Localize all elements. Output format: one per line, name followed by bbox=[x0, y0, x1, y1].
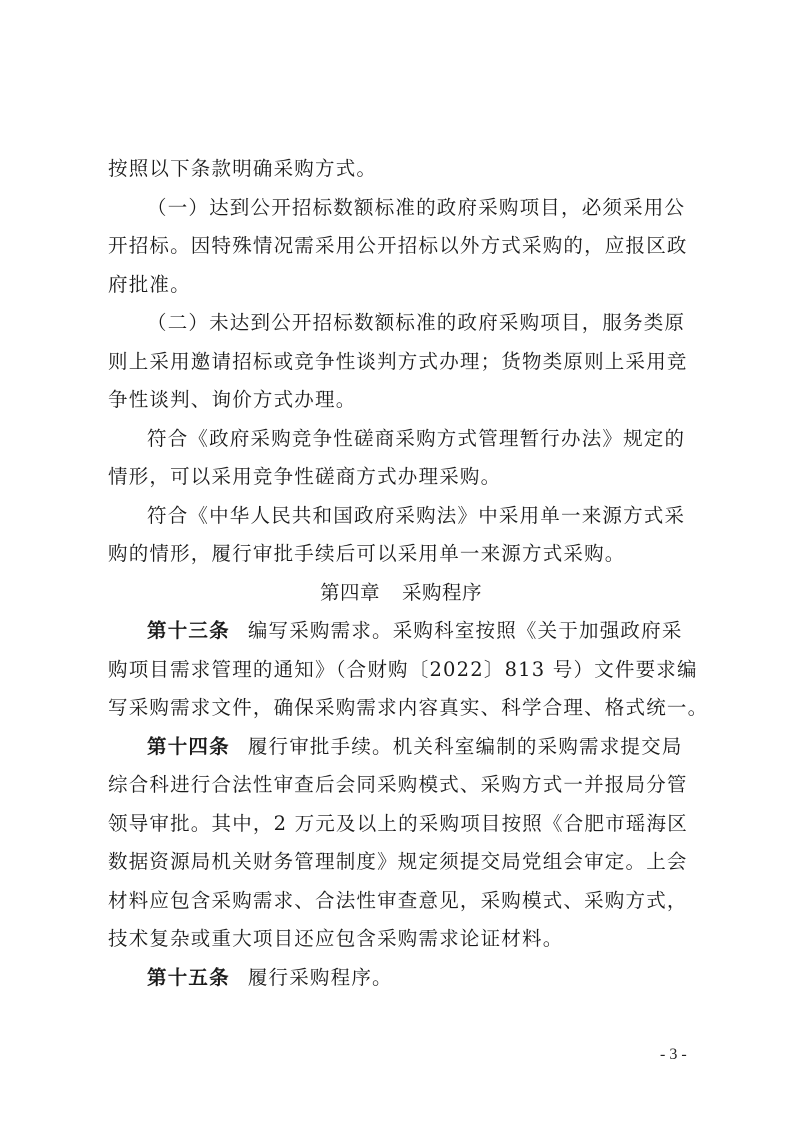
article-label: 第十三条 bbox=[147, 619, 230, 642]
paragraph-item-1: （一）达到公开招标数额标准的政府采购项目，必须采用公 开招标。因特殊情况需采用公… bbox=[108, 189, 694, 305]
page-number: - 3 - bbox=[660, 1046, 687, 1064]
paragraph-line: 争性谈判、询价方式办理。 bbox=[108, 381, 694, 420]
paragraph-line: 情形，可以采用竞争性磋商方式办理采购。 bbox=[108, 458, 694, 497]
paragraph-line: 开招标。因特殊情况需采用公开招标以外方式采购的，应报区政 bbox=[108, 227, 694, 266]
paragraph-item-2: （二）未达到公开招标数额标准的政府采购项目，服务类原 则上采用邀请招标或竞争性谈… bbox=[108, 304, 694, 420]
paragraph-line: 领导审批。其中，2 万元及以上的采购项目按照《合肥市瑶海区 bbox=[108, 805, 694, 844]
article-label: 第十五条 bbox=[147, 966, 230, 989]
paragraph-line: 购项目需求管理的通知》（合财购〔2022〕813 号）文件要求编 bbox=[108, 651, 694, 690]
paragraph-line: 购的情形，履行审批手续后可以采用单一来源方式采购。 bbox=[108, 535, 694, 574]
paragraph-line: 材料应包含采购需求、合法性审查意见，采购模式、采购方式， bbox=[108, 882, 694, 921]
paragraph-line: 按照以下条款明确采购方式。 bbox=[108, 150, 694, 189]
paragraph-line: （二）未达到公开招标数额标准的政府采购项目，服务类原 bbox=[108, 304, 694, 343]
paragraph-single-source: 符合《中华人民共和国政府采购法》中采用单一来源方式采 购的情形，履行审批手续后可… bbox=[108, 497, 694, 574]
paragraph-line: 符合《政府采购竞争性磋商采购方式管理暂行办法》规定的 bbox=[108, 420, 694, 459]
article-14: 第十四条履行审批手续。机关科室编制的采购需求提交局 综合科进行合法性审查后会同采… bbox=[108, 728, 694, 959]
paragraph-line: （一）达到公开招标数额标准的政府采购项目，必须采用公 bbox=[108, 189, 694, 228]
paragraph-line: 综合科进行合法性审查后会同采购模式、采购方式一并报局分管 bbox=[108, 766, 694, 805]
chapter-heading: 第四章采购程序 bbox=[108, 574, 694, 613]
chapter-number: 第四章 bbox=[320, 581, 380, 604]
document-body: 按照以下条款明确采购方式。 （一）达到公开招标数额标准的政府采购项目，必须采用公… bbox=[108, 150, 694, 997]
article-13: 第十三条编写采购需求。采购科室按照《关于加强政府采 购项目需求管理的通知》（合财… bbox=[108, 612, 694, 728]
paragraph-consultation: 符合《政府采购竞争性磋商采购方式管理暂行办法》规定的 情形，可以采用竞争性磋商方… bbox=[108, 420, 694, 497]
chapter-title: 采购程序 bbox=[402, 581, 482, 604]
document-page: 按照以下条款明确采购方式。 （一）达到公开招标数额标准的政府采购项目，必须采用公… bbox=[0, 0, 793, 1122]
paragraph-line: 写采购需求文件，确保采购需求内容真实、科学合理、格式统一。 bbox=[108, 689, 694, 728]
article-text: 履行审批手续。机关科室编制的采购需求提交局 bbox=[248, 735, 683, 758]
article-text: 编写采购需求。采购科室按照《关于加强政府采 bbox=[248, 619, 683, 642]
paragraph-line: 技术复杂或重大项目还应包含采购需求论证材料。 bbox=[108, 920, 694, 959]
article-15: 第十五条履行采购程序。 bbox=[108, 959, 694, 998]
paragraph-line: 府批准。 bbox=[108, 266, 694, 305]
article-text: 履行采购程序。 bbox=[248, 966, 393, 989]
paragraph-line: 数据资源局机关财务管理制度》规定须提交局党组会审定。上会 bbox=[108, 843, 694, 882]
paragraph-line: 则上采用邀请招标或竞争性谈判方式办理；货物类原则上采用竞 bbox=[108, 343, 694, 382]
paragraph-line: 符合《中华人民共和国政府采购法》中采用单一来源方式采 bbox=[108, 497, 694, 536]
article-label: 第十四条 bbox=[147, 735, 230, 758]
